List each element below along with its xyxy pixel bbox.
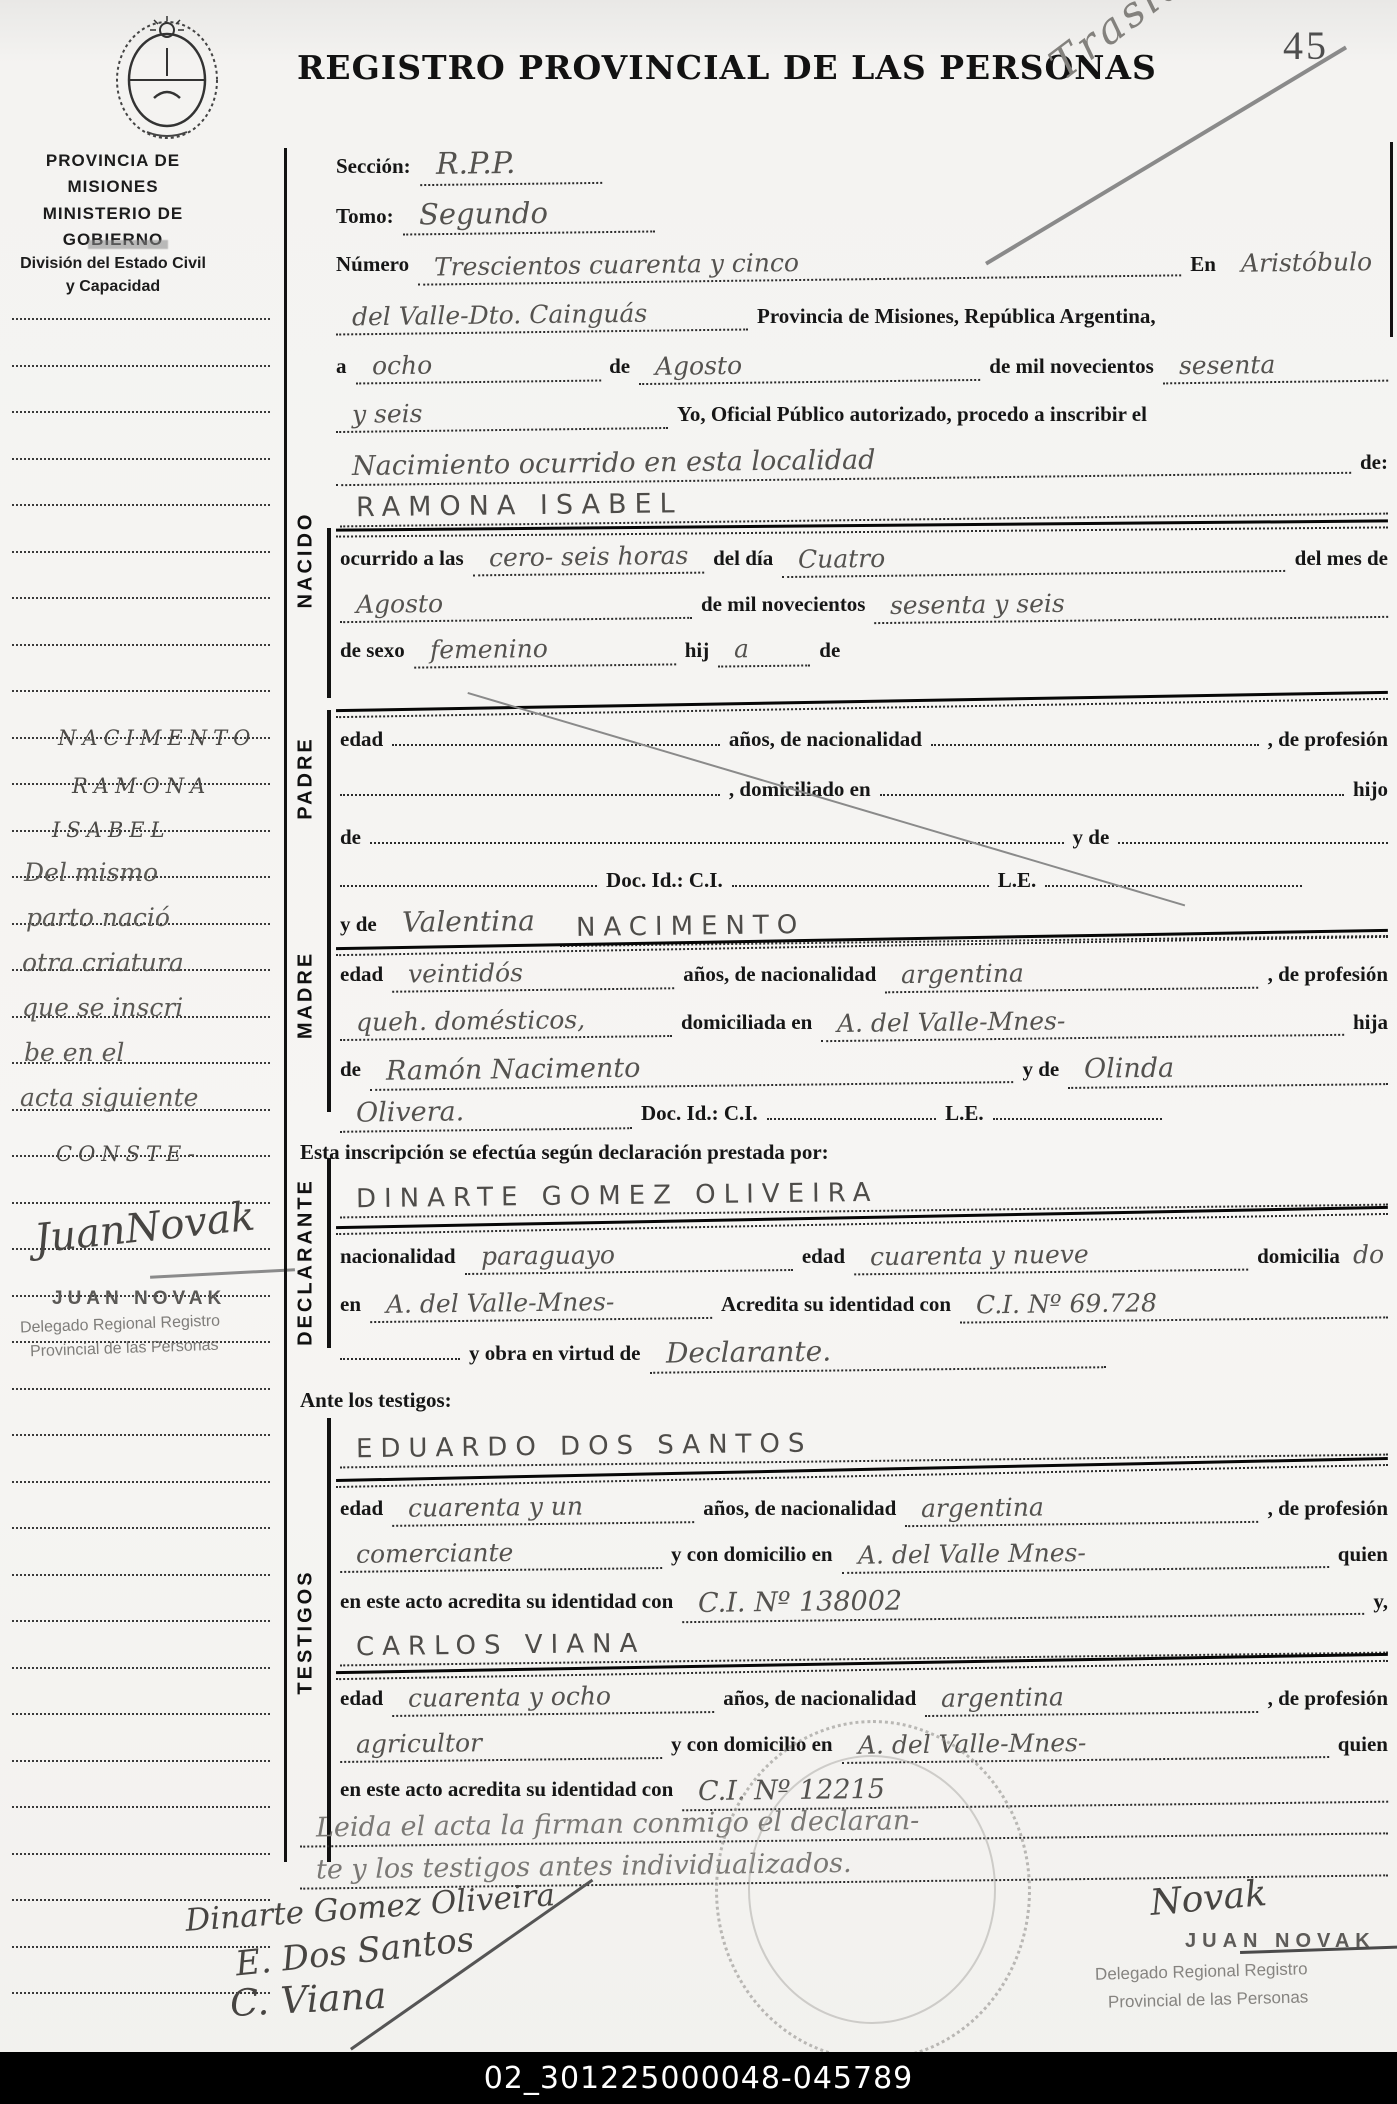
- time-label: ocurrido a las: [340, 546, 464, 571]
- place-value: Aristóbulo: [1225, 247, 1388, 280]
- mother-nationality-value: argentina: [885, 956, 1259, 994]
- padre-bracket: [327, 710, 331, 893]
- acredita-label: Acredita su identidad con: [721, 1292, 951, 1317]
- blank-field: [340, 868, 597, 887]
- prof-label: , de profesión: [1268, 727, 1388, 752]
- margin-stamp-name: JUAN NOVAK: [52, 1288, 226, 1310]
- prof-label-2: , de profesión: [1268, 962, 1388, 987]
- declarant-age-value: cuarenta y nueve: [854, 1238, 1248, 1276]
- sex-row: de sexo femenino hij a de: [340, 634, 1388, 667]
- mother-age-value: veintidós: [392, 956, 674, 992]
- madre-bracket: [327, 893, 331, 1112]
- mother-domicile-value: A. del Valle-Mnes-: [821, 1003, 1344, 1042]
- margin-dotted-line: [12, 504, 270, 506]
- diagonal-handwritten-annotation: Trasladada: [1040, 0, 1291, 89]
- margin-dotted-line: [12, 644, 270, 646]
- page-title: REGISTRO PROVINCIAL DE LAS PERSONAS: [297, 48, 997, 87]
- edad-label-3: edad: [802, 1244, 845, 1269]
- officer-label: Yo, Oficial Público autorizado, procedo …: [677, 402, 1147, 427]
- anos-label-3: años, de nacionalidad: [703, 1496, 896, 1521]
- province-label: Provincia de Misiones, República Argenti…: [757, 304, 1156, 329]
- nac-label: nacionalidad: [340, 1244, 456, 1269]
- anos-label-2: años, de nacionalidad: [683, 962, 876, 987]
- father-age-row: edad años, de nacionalidad , de profesió…: [340, 727, 1388, 752]
- mother-first-name: Valentina: [386, 904, 551, 941]
- blank-field: [340, 1341, 460, 1360]
- witness1-name-row: EDUARDO DOS SANTOS: [340, 1428, 1388, 1462]
- blank-field: [392, 727, 720, 746]
- blank-field: [767, 1101, 936, 1120]
- dom-label-3: domicilia: [1257, 1244, 1340, 1269]
- year-value-2: y seis: [336, 396, 668, 433]
- acto-label-2: en este acto acredita su identidad con: [340, 1777, 673, 1802]
- yde-label: y de: [1073, 825, 1110, 850]
- right-edge-rule: [1390, 142, 1393, 337]
- y-label: y,: [1373, 1589, 1388, 1614]
- section-label-testigos: TESTIGOS: [295, 1569, 318, 1694]
- witness1-age-value: cuarenta y un: [392, 1490, 694, 1527]
- margin-dotted-line: [12, 318, 270, 320]
- edad-label-5: edad: [340, 1686, 383, 1711]
- declarant-doc-value: C.I. Nº 69.728: [960, 1285, 1388, 1323]
- event-row: Nacimiento ocurrido en esta localidad de…: [336, 445, 1388, 480]
- section-label-madre: MADRE: [295, 951, 318, 1039]
- main-vertical-rule: [284, 148, 287, 1862]
- official-stamp-line2: Delegado Regional Registro: [1095, 1959, 1308, 1985]
- declarante-bracket: [327, 1158, 331, 1348]
- mother-mother-value: Olinda: [1068, 1050, 1388, 1089]
- margin-dotted-line: [12, 411, 270, 413]
- birth-month-row: Agosto de mil novecientos sesenta y seis: [340, 588, 1388, 621]
- quien-label-2: quien: [1338, 1732, 1388, 1757]
- blank-field: [931, 727, 1259, 746]
- blank-field: [732, 868, 989, 887]
- margin-dotted-line: [12, 1713, 270, 1715]
- scan-code: 02_301225000048-045789: [484, 2061, 914, 2096]
- declarant-nationality-row: nacionalidad paraguayo edad cuarenta y n…: [340, 1240, 1388, 1273]
- round-office-stamp-inner: [748, 1755, 996, 2024]
- quien-label: quien: [1338, 1542, 1388, 1567]
- issuer-line-4: y Capacidad: [8, 276, 218, 298]
- mother-doc-row: Olivera. Doc. Id.: C.I. L.E.: [340, 1096, 1388, 1131]
- declarant-nationality-value: paraguayo: [464, 1238, 793, 1275]
- birth-month-value: Agosto: [340, 586, 692, 623]
- century-label: de mil novecientos: [989, 354, 1153, 379]
- margin-dotted-line: [12, 1388, 270, 1390]
- margin-note-line: acta siguiente: [20, 1083, 198, 1112]
- sex-value: femenino: [414, 632, 676, 668]
- event-value: Nacimiento ocurrido en esta localidad: [336, 439, 1351, 486]
- edad-label-4: edad: [340, 1496, 383, 1521]
- scan-footer-bar: 02_301225000048-045789: [0, 2052, 1397, 2104]
- birth-year-value: sesenta y seis: [874, 585, 1388, 624]
- witness2-profession-value: agricultor: [340, 1726, 662, 1763]
- birth-time-row: ocurrido a las cero- seis horas del día …: [340, 542, 1388, 575]
- witness2-nationality-value: argentina: [925, 1680, 1259, 1717]
- sex-label: de sexo: [340, 638, 405, 663]
- declarant-capacity-row: y obra en virtud de Declarante.: [340, 1334, 1388, 1371]
- margin-note-line: CONSTE-: [56, 1142, 201, 1166]
- place-value-2: del Valle-Dto. Cainguás: [336, 297, 748, 335]
- century-label-2: de mil novecientos: [701, 592, 865, 617]
- de-label-3: de: [340, 825, 361, 850]
- section-label-padre: PADRE: [295, 736, 318, 820]
- mother-age-row: edad veintidós años, de nacionalidad arg…: [340, 958, 1388, 991]
- de2-label: de:: [1360, 450, 1388, 475]
- dom-suffix-value: do: [1349, 1240, 1388, 1269]
- numero-row: Número Trescientos cuarenta y cinco En A…: [336, 248, 1388, 281]
- margin-dotted-line: [12, 1527, 270, 1529]
- section-label-declarante: DECLARANTE: [295, 1178, 318, 1346]
- de-label-4: de: [340, 1057, 361, 1082]
- witness1-doc-value: C.I. Nº 138002: [682, 1580, 1365, 1623]
- blank-field: [1118, 825, 1388, 844]
- blank-field: [370, 825, 1064, 844]
- blank-field: [880, 777, 1344, 796]
- issuer-block: PROVINCIA DE MISIONES MINISTERIO DE GOBI…: [8, 148, 218, 298]
- blank-field: [993, 1101, 1162, 1120]
- en-label: En: [1190, 252, 1216, 277]
- prof-label-3: , de profesión: [1268, 1496, 1388, 1521]
- place-row: del Valle-Dto. Cainguás Provincia de Mis…: [336, 300, 1388, 333]
- seccion-row: Sección: R.P.P.: [336, 146, 1388, 185]
- le-label: L.E.: [998, 868, 1037, 893]
- witness1-domicile-value: A. del Valle Mnes-: [841, 1535, 1329, 1574]
- date-row: a ocho de Agosto de mil novecientos sese…: [336, 350, 1388, 383]
- dom-label-2: domiciliada en: [681, 1010, 812, 1035]
- declarant-domicile-row: en A. del Valle-Mnes- Acredita su identi…: [340, 1288, 1388, 1321]
- margin-note-line: NACIMENTO: [58, 726, 256, 750]
- witness2-age-value: cuarenta y ocho: [392, 1680, 714, 1717]
- numero-value: Trescientos cuarenta y cinco: [418, 243, 1181, 285]
- declarant-capacity-value: Declarante.: [649, 1331, 1105, 1374]
- obra-label: y obra en virtud de: [469, 1341, 641, 1366]
- hij-label: hij: [685, 638, 710, 663]
- margin-dotted-line: [12, 1434, 270, 1436]
- margin-dotted-line: [12, 1667, 270, 1669]
- year-value: sesenta: [1163, 349, 1389, 385]
- birth-day-value: Cuatro: [782, 539, 1286, 578]
- margin-dotted-line: [12, 365, 270, 367]
- ante-label: Ante los testigos:: [300, 1388, 452, 1413]
- section-label-nacido: NACIDO: [295, 512, 318, 609]
- hijo-label: hijo: [1353, 777, 1388, 802]
- le-label-2: L.E.: [945, 1101, 984, 1126]
- yde-label-2: y de: [340, 912, 377, 937]
- issuer-line-1: PROVINCIA DE MISIONES: [8, 148, 218, 201]
- witness2-age-row: edad cuarenta y ocho años, de nacionalid…: [340, 1682, 1388, 1715]
- margin-dotted-line: [12, 1620, 270, 1622]
- tomo-label: Tomo:: [336, 204, 394, 229]
- mother-parents-row: de Ramón Nacimento y de Olinda: [340, 1052, 1388, 1087]
- witness2-signature: C. Viana: [229, 1974, 387, 2025]
- hija-label: hija: [1353, 1010, 1388, 1035]
- testigos-bracket: [327, 1418, 331, 1862]
- father-domicile-row: , domiciliado en hijo: [340, 777, 1388, 802]
- issuer-line-3: División del Estado Civil: [8, 253, 218, 275]
- margin-note-line: be en el: [24, 1038, 124, 1067]
- margin-note-line: ISABEL: [52, 818, 171, 842]
- official-stamp-line3: Provincial de las Personas: [1108, 1987, 1309, 2012]
- margin-note-line: que se inscri: [22, 993, 183, 1022]
- margin-dotted-line: [12, 458, 270, 460]
- witness1-doc-row: en este acto acredita su identidad con C…: [340, 1584, 1388, 1619]
- father-doc-row: Doc. Id.: C.I. L.E.: [340, 868, 1388, 893]
- hij-suffix-value: a: [718, 633, 810, 667]
- mother-mother-value-2: Olivera.: [340, 1094, 632, 1133]
- en-label-2: en: [340, 1292, 361, 1317]
- witness1-profession-value: comerciante: [340, 1536, 662, 1573]
- edad-label: edad: [340, 727, 383, 752]
- official-signature: Novak: [1148, 1873, 1268, 1924]
- scanned-birth-certificate: REGISTRO PROVINCIAL DE LAS PERSONAS 45 T…: [0, 0, 1397, 2104]
- margin-stamp-line2: Delegado Regional Registro: [20, 1313, 221, 1338]
- margin-dotted-line: [12, 690, 270, 692]
- margin-dotted-line: [12, 597, 270, 599]
- father-parents-row: de y de: [340, 825, 1388, 850]
- de-label: de: [609, 354, 630, 379]
- numero-label: Número: [336, 252, 409, 277]
- anos-label-4: años, de nacionalidad: [723, 1686, 916, 1711]
- margin-dotted-line: [12, 1574, 270, 1576]
- blank-field: [340, 777, 720, 796]
- time-value: cero- seis horas: [472, 541, 704, 577]
- month-value: Agosto: [639, 348, 981, 385]
- margin-note-line: otra criatura: [22, 948, 184, 977]
- prof-label-4: , de profesión: [1268, 1686, 1388, 1711]
- mother-domicile-row: queh. domésticos, domiciliada en A. del …: [340, 1006, 1388, 1039]
- margin-dotted-line: [12, 1806, 270, 1808]
- heavy-rule: [336, 691, 1388, 718]
- margin-dotted-line: [12, 1853, 270, 1855]
- tomo-row: Tomo: Segundo: [336, 196, 1388, 234]
- a-label: a: [336, 354, 347, 379]
- witnesses-intro-row: Ante los testigos:: [300, 1388, 1388, 1413]
- margin-dotted-line: [12, 1946, 270, 1948]
- official-stamp-name: JUAN NOVAK: [1185, 1930, 1376, 1953]
- margin-dotted-line: [12, 1760, 270, 1762]
- seccion-label: Sección:: [336, 154, 411, 179]
- day-label: del día: [713, 546, 773, 571]
- blank-field: [1045, 868, 1302, 887]
- mother-profession-value: queh. domésticos,: [340, 1004, 672, 1041]
- declaration-intro-label: Esta inscripción se efectúa según declar…: [300, 1140, 829, 1165]
- edad-label-2: edad: [340, 962, 383, 987]
- witness1-domicile-row: comerciante y con domicilio en A. del Va…: [340, 1538, 1388, 1571]
- doc-label: Doc. Id.: C.I.: [606, 868, 723, 893]
- day-value: ocho: [355, 349, 600, 385]
- margin-dotted-line: [12, 1481, 270, 1483]
- margin-official-signature: JuanNovak: [32, 1194, 257, 1263]
- anos-label: años, de nacionalidad: [729, 727, 922, 752]
- declaration-intro-row: Esta inscripción se efectúa según declar…: [300, 1140, 1388, 1165]
- margin-dotted-line: [12, 551, 270, 553]
- declarant-domicile-value: A. del Valle-Mnes-: [370, 1286, 712, 1323]
- tomo-value: Segundo: [402, 194, 654, 235]
- month-label: del mes de: [1295, 546, 1388, 571]
- mother-father-value: Ramón Nacimento: [370, 1048, 1014, 1091]
- doc-label-2: Doc. Id.: C.I.: [641, 1101, 758, 1126]
- coat-of-arms: [92, 14, 242, 147]
- declarant-name-row: DINARTE GOMEZ OLIVEIRA: [340, 1178, 1388, 1212]
- yde2-label: y de: [1022, 1057, 1059, 1082]
- acto-label: en este acto acredita su identidad con: [340, 1589, 673, 1614]
- year2-row: y seis Yo, Oficial Público autorizado, p…: [336, 398, 1388, 431]
- margin-note-line: Del mismo: [24, 858, 158, 887]
- print-smudge: [88, 240, 168, 249]
- nacido-bracket: [327, 528, 331, 698]
- margin-note-line: parto nació: [26, 903, 170, 932]
- seccion-value: R.P.P.: [419, 145, 601, 186]
- margin-note-line: RAMONA: [72, 774, 211, 798]
- dom-label-4: y con domicilio en: [671, 1542, 833, 1567]
- witness1-nationality-value: argentina: [905, 1490, 1259, 1527]
- witness1-age-row: edad cuarenta y un años, de nacionalidad…: [340, 1492, 1388, 1525]
- de-label-2: de: [819, 638, 840, 663]
- signature-underline: [150, 1268, 295, 1279]
- child-name-row: RAMONA ISABEL: [340, 486, 1388, 521]
